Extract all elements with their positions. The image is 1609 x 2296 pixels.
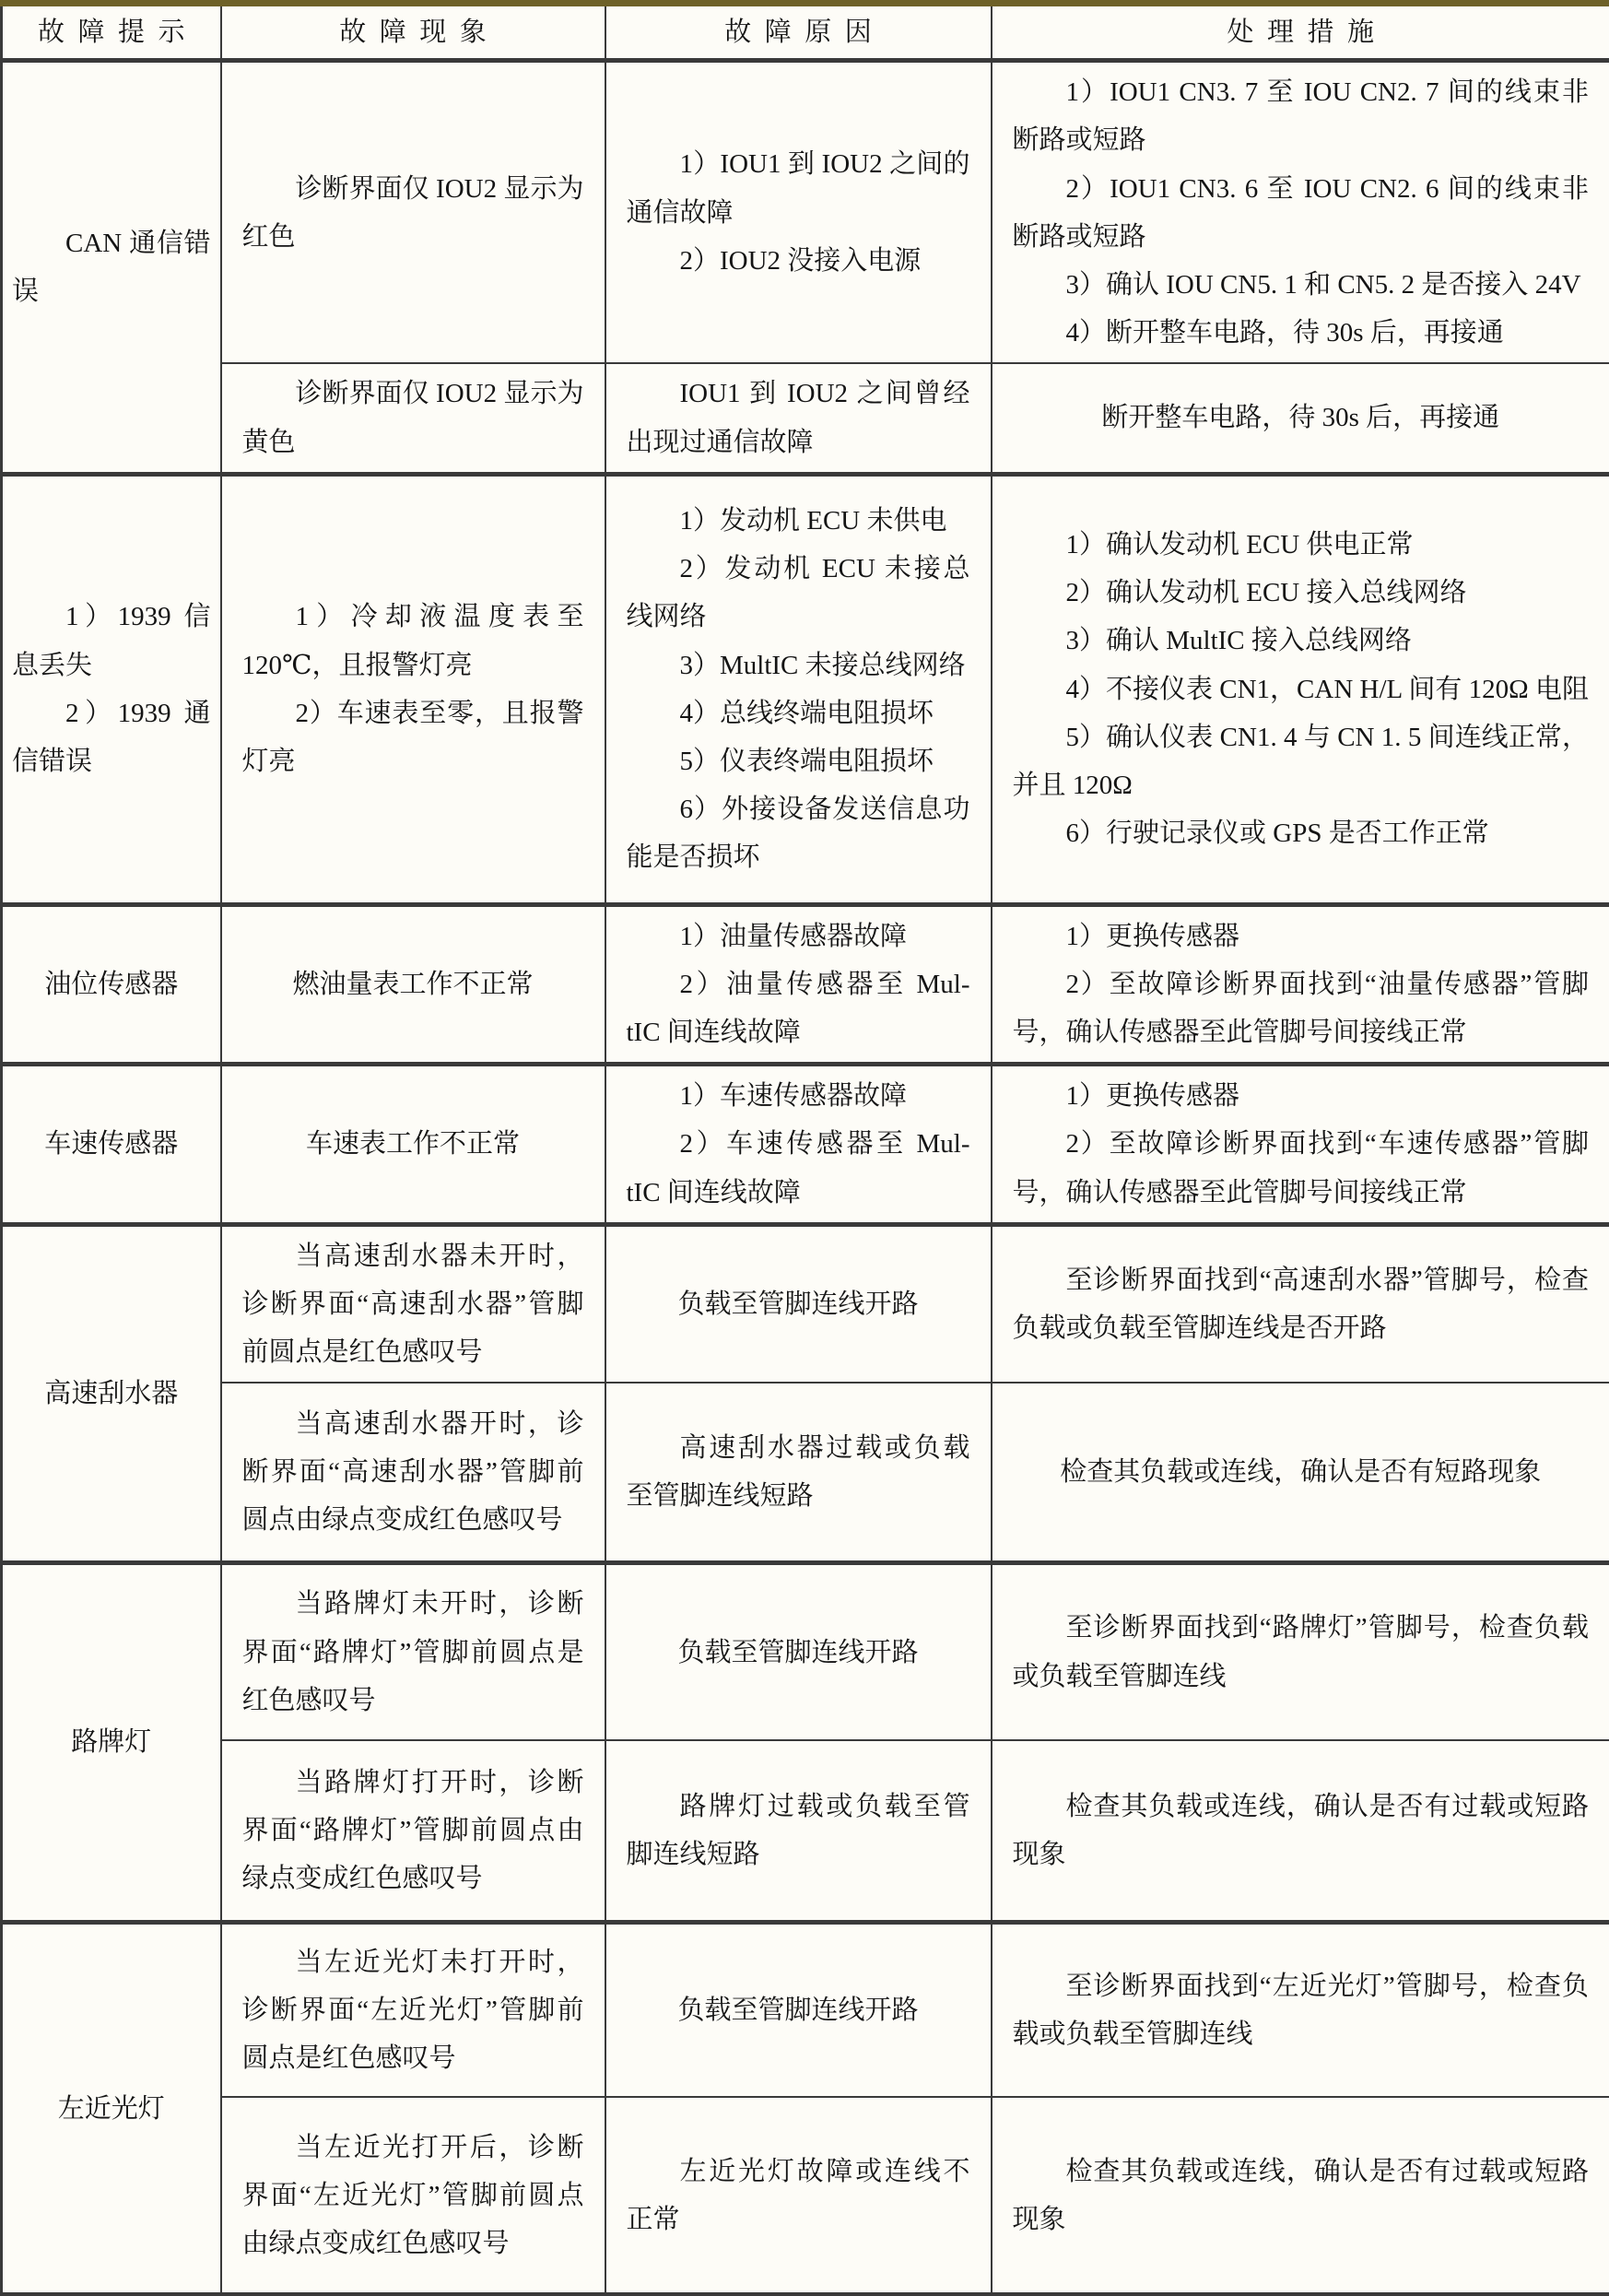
cell-text: 2）确认发动机 ECU 接入总线网络 xyxy=(1013,569,1590,617)
cell-text: 高速刮水器 xyxy=(12,1370,211,1418)
cell-action: 断开整车电路，待 30s 后，再接通 xyxy=(992,363,1609,474)
cell-text: 1）发动机 ECU 未供电 xyxy=(627,497,970,545)
cell-phenomenon: 燃油量表工作不正常 xyxy=(221,904,605,1065)
cell-fault-prompt: 左近光灯 xyxy=(2,1922,221,2294)
cell-phenomenon: 当高速刮水器未开时，诊断界面“高速刮水器”管脚前圆点是红色感叹号 xyxy=(221,1224,605,1383)
cell-text: 2）1939 通信错误 xyxy=(12,689,211,785)
cell-text: 6）外接设备发送信息功能是否损坏 xyxy=(627,785,970,881)
cell-text: 3）MultIC 未接总线网络 xyxy=(627,642,970,689)
cell-text: 4）总线终端电阻损坏 xyxy=(627,689,970,737)
cell-text: 5）仪表终端电阻损坏 xyxy=(627,737,970,785)
fault-table: 故障提示 故障现象 故障原因 处理措施 CAN 通信错误 诊断界面仅 IOU2 … xyxy=(0,0,1609,2296)
cell-text: 当高速刮水器未开时，诊断界面“高速刮水器”管脚前圆点是红色感叹号 xyxy=(242,1232,584,1377)
cell-text: 诊断界面仅 IOU2 显示为黄色 xyxy=(242,370,584,465)
col-header-action: 处理措施 xyxy=(992,4,1609,61)
cell-cause: 1）发动机 ECU 未供电 2）发动机 ECU 未接总线网络 3）MultIC … xyxy=(605,474,992,904)
table-row: 当高速刮水器开时，诊断界面“高速刮水器”管脚前圆点由绿点变成红色感叹号 高速刮水… xyxy=(2,1383,1609,1562)
cell-cause: 1）IOU1 到 IOU2 之间的通信故障 2）IOU2 没接入电源 xyxy=(605,61,992,364)
cell-text: 至诊断界面找到“左近光灯”管脚号，检查负载或负载至管脚连线 xyxy=(1013,1962,1590,2058)
table-row: 当左近光打开后，诊断界面“左近光灯”管脚前圆点由绿点变成红色感叹号 左近光灯故障… xyxy=(2,2097,1609,2294)
cell-text: 检查其负载或连线，确认是否有过载或短路现象 xyxy=(1013,2148,1590,2243)
cell-text: 断开整车电路，待 30s 后，再接通 xyxy=(1013,394,1590,442)
cell-text: 1）油量传感器故障 xyxy=(627,913,970,960)
cell-fault-prompt: 车速传感器 xyxy=(2,1065,221,1225)
cell-action: 检查其负载或连线，确认是否有过载或短路现象 xyxy=(992,1740,1609,1922)
cell-text: 2）IOU2 没接入电源 xyxy=(627,237,970,285)
cell-text: 至诊断界面找到“高速刮水器”管脚号，检查负载或负载至管脚连线是否开路 xyxy=(1013,1256,1590,1352)
cell-text: 4）不接仪表 CN1，CAN H/L 间有 120Ω 电阻 xyxy=(1013,665,1590,713)
cell-phenomenon: 诊断界面仅 IOU2 显示为黄色 xyxy=(221,363,605,474)
cell-action: 检查其负载或连线，确认是否有短路现象 xyxy=(992,1383,1609,1562)
cell-text: 负载至管脚连线开路 xyxy=(627,1280,970,1328)
cell-text: 当路牌灯未开时，诊断界面“路牌灯”管脚前圆点是红色感叹号 xyxy=(242,1580,584,1725)
cell-action: 1）IOU1 CN3. 7 至 IOU CN2. 7 间的线束非断路或短路 2）… xyxy=(992,61,1609,364)
cell-text: 6）行驶记录仪或 GPS 是否工作正常 xyxy=(1013,809,1590,857)
cell-text: 2）车速传感器至 Mul-tIC 间连线故障 xyxy=(627,1120,970,1216)
cell-text: 左近光灯故障或连线不正常 xyxy=(627,2148,970,2243)
cell-cause: 负载至管脚连线开路 xyxy=(605,1562,992,1740)
cell-fault-prompt: 1）1939 信息丢失 2）1939 通信错误 xyxy=(2,474,221,904)
cell-cause: 负载至管脚连线开路 xyxy=(605,1224,992,1383)
cell-text: 3）确认 IOU CN5. 1 和 CN5. 2 是否接入 24V xyxy=(1013,261,1590,309)
cell-text: 油位传感器 xyxy=(12,960,211,1008)
cell-text: 检查其负载或连线，确认是否有过载或短路现象 xyxy=(1013,1783,1590,1878)
cell-text: 1）确认发动机 ECU 供电正常 xyxy=(1013,521,1590,569)
table-row: 左近光灯 当左近光灯未打开时，诊断界面“左近光灯”管脚前圆点是红色感叹号 负载至… xyxy=(2,1922,1609,2097)
cell-text: 2）发动机 ECU 未接总线网络 xyxy=(627,545,970,641)
cell-text: 2）油量传感器至 Mul-tIC 间连线故障 xyxy=(627,960,970,1056)
cell-text: 负载至管脚连线开路 xyxy=(627,1629,970,1677)
cell-phenomenon: 当路牌灯打开时，诊断界面“路牌灯”管脚前圆点由绿点变成红色感叹号 xyxy=(221,1740,605,1922)
cell-text: 诊断界面仅 IOU2 显示为红色 xyxy=(242,165,584,261)
cell-fault-prompt: 高速刮水器 xyxy=(2,1224,221,1562)
cell-action: 至诊断界面找到“左近光灯”管脚号，检查负载或负载至管脚连线 xyxy=(992,1922,1609,2097)
table-row: 1）1939 信息丢失 2）1939 通信错误 1）冷却液温度表至 120℃，且… xyxy=(2,474,1609,904)
cell-text: 当高速刮水器开时，诊断界面“高速刮水器”管脚前圆点由绿点变成红色感叹号 xyxy=(242,1400,584,1545)
cell-fault-prompt: CAN 通信错误 xyxy=(2,61,221,475)
cell-text: 2）至故障诊断界面找到“油量传感器”管脚号，确认传感器至此管脚号间接线正常 xyxy=(1013,960,1590,1056)
cell-phenomenon: 当左近光打开后，诊断界面“左近光灯”管脚前圆点由绿点变成红色感叹号 xyxy=(221,2097,605,2294)
cell-action: 1）更换传感器 2）至故障诊断界面找到“车速传感器”管脚号，确认传感器至此管脚号… xyxy=(992,1065,1609,1225)
cell-text: 车速传感器 xyxy=(12,1120,211,1168)
cell-text: 2）车速表至零，且报警灯亮 xyxy=(242,689,584,785)
cell-text: 1）更换传感器 xyxy=(1013,1072,1590,1120)
cell-text: 左近光灯 xyxy=(12,2085,211,2133)
cell-phenomenon: 当高速刮水器开时，诊断界面“高速刮水器”管脚前圆点由绿点变成红色感叹号 xyxy=(221,1383,605,1562)
cell-action: 检查其负载或连线，确认是否有过载或短路现象 xyxy=(992,2097,1609,2294)
cell-phenomenon: 车速表工作不正常 xyxy=(221,1065,605,1225)
cell-fault-prompt: 油位传感器 xyxy=(2,904,221,1065)
col-header-prompt: 故障提示 xyxy=(2,4,221,61)
cell-text: 当路牌灯打开时，诊断界面“路牌灯”管脚前圆点由绿点变成红色感叹号 xyxy=(242,1759,584,1903)
cell-cause: IOU1 到 IOU2 之间曾经出现过通信故障 xyxy=(605,363,992,474)
col-header-phenomenon: 故障现象 xyxy=(221,4,605,61)
cell-text: 检查其负载或连线，确认是否有短路现象 xyxy=(1013,1448,1590,1496)
cell-text: 1）车速传感器故障 xyxy=(627,1072,970,1120)
col-header-cause: 故障原因 xyxy=(605,4,992,61)
cell-fault-prompt: 路牌灯 xyxy=(2,1562,221,1922)
cell-text: 1）冷却液温度表至 120℃，且报警灯亮 xyxy=(242,593,584,689)
cell-text: 负载至管脚连线开路 xyxy=(627,1986,970,2034)
table-row: 路牌灯 当路牌灯未开时，诊断界面“路牌灯”管脚前圆点是红色感叹号 负载至管脚连线… xyxy=(2,1562,1609,1740)
cell-text: 当左近光灯未打开时，诊断界面“左近光灯”管脚前圆点是红色感叹号 xyxy=(242,1938,584,2083)
cell-text: CAN 通信错误 xyxy=(12,219,211,315)
cell-text: 1）IOU1 CN3. 7 至 IOU CN2. 7 间的线束非断路或短路 xyxy=(1013,68,1590,164)
scanned-page: 故障提示 故障现象 故障原因 处理措施 CAN 通信错误 诊断界面仅 IOU2 … xyxy=(0,0,1609,2296)
cell-cause: 负载至管脚连线开路 xyxy=(605,1922,992,2097)
cell-cause: 左近光灯故障或连线不正常 xyxy=(605,2097,992,2294)
cell-text: 1）更换传感器 xyxy=(1013,913,1590,960)
table-row: CAN 通信错误 诊断界面仅 IOU2 显示为红色 1）IOU1 到 IOU2 … xyxy=(2,61,1609,364)
cell-text: 至诊断界面找到“路牌灯”管脚号，检查负载或负载至管脚连线 xyxy=(1013,1604,1590,1700)
table-row: 高速刮水器 当高速刮水器未开时，诊断界面“高速刮水器”管脚前圆点是红色感叹号 负… xyxy=(2,1224,1609,1383)
table-row: 油位传感器 燃油量表工作不正常 1）油量传感器故障 2）油量传感器至 Mul-t… xyxy=(2,904,1609,1065)
cell-cause: 高速刮水器过载或负载至管脚连线短路 xyxy=(605,1383,992,1562)
cell-cause: 1）车速传感器故障 2）车速传感器至 Mul-tIC 间连线故障 xyxy=(605,1065,992,1225)
cell-text: IOU1 到 IOU2 之间曾经出现过通信故障 xyxy=(627,370,970,465)
cell-text: 4）断开整车电路，待 30s 后，再接通 xyxy=(1013,309,1590,357)
cell-text: 2）至故障诊断界面找到“车速传感器”管脚号，确认传感器至此管脚号间接线正常 xyxy=(1013,1120,1590,1216)
cell-action: 至诊断界面找到“路牌灯”管脚号，检查负载或负载至管脚连线 xyxy=(992,1562,1609,1740)
cell-phenomenon: 1）冷却液温度表至 120℃，且报警灯亮 2）车速表至零，且报警灯亮 xyxy=(221,474,605,904)
table-row: 诊断界面仅 IOU2 显示为黄色 IOU1 到 IOU2 之间曾经出现过通信故障… xyxy=(2,363,1609,474)
cell-text: 2）IOU1 CN3. 6 至 IOU CN2. 6 间的线束非断路或短路 xyxy=(1013,165,1590,261)
table-row: 当路牌灯打开时，诊断界面“路牌灯”管脚前圆点由绿点变成红色感叹号 路牌灯过载或负… xyxy=(2,1740,1609,1922)
cell-action: 1）更换传感器 2）至故障诊断界面找到“油量传感器”管脚号，确认传感器至此管脚号… xyxy=(992,904,1609,1065)
cell-text: 3）确认 MultIC 接入总线网络 xyxy=(1013,617,1590,665)
cell-text: 路牌灯过载或负载至管脚连线短路 xyxy=(627,1783,970,1878)
cell-text: 车速表工作不正常 xyxy=(242,1120,584,1168)
cell-text: 当左近光打开后，诊断界面“左近光灯”管脚前圆点由绿点变成红色感叹号 xyxy=(242,2124,584,2268)
cell-text: 燃油量表工作不正常 xyxy=(242,960,584,1008)
cell-phenomenon: 当路牌灯未开时，诊断界面“路牌灯”管脚前圆点是红色感叹号 xyxy=(221,1562,605,1740)
cell-action: 至诊断界面找到“高速刮水器”管脚号，检查负载或负载至管脚连线是否开路 xyxy=(992,1224,1609,1383)
cell-text: 路牌灯 xyxy=(12,1718,211,1766)
cell-action: 1）确认发动机 ECU 供电正常 2）确认发动机 ECU 接入总线网络 3）确认… xyxy=(992,474,1609,904)
cell-cause: 1）油量传感器故障 2）油量传感器至 Mul-tIC 间连线故障 xyxy=(605,904,992,1065)
cell-text: 高速刮水器过载或负载至管脚连线短路 xyxy=(627,1424,970,1520)
cell-text: 5）确认仪表 CN1. 4 与 CN 1. 5 间连线正常，并且 120Ω xyxy=(1013,713,1590,809)
cell-text: 1）1939 信息丢失 xyxy=(12,593,211,689)
cell-text: 1）IOU1 到 IOU2 之间的通信故障 xyxy=(627,140,970,236)
cell-cause: 路牌灯过载或负载至管脚连线短路 xyxy=(605,1740,992,1922)
cell-phenomenon: 诊断界面仅 IOU2 显示为红色 xyxy=(221,61,605,364)
header-row: 故障提示 故障现象 故障原因 处理措施 xyxy=(2,4,1609,61)
cell-phenomenon: 当左近光灯未打开时，诊断界面“左近光灯”管脚前圆点是红色感叹号 xyxy=(221,1922,605,2097)
table-row: 车速传感器 车速表工作不正常 1）车速传感器故障 2）车速传感器至 Mul-tI… xyxy=(2,1065,1609,1225)
